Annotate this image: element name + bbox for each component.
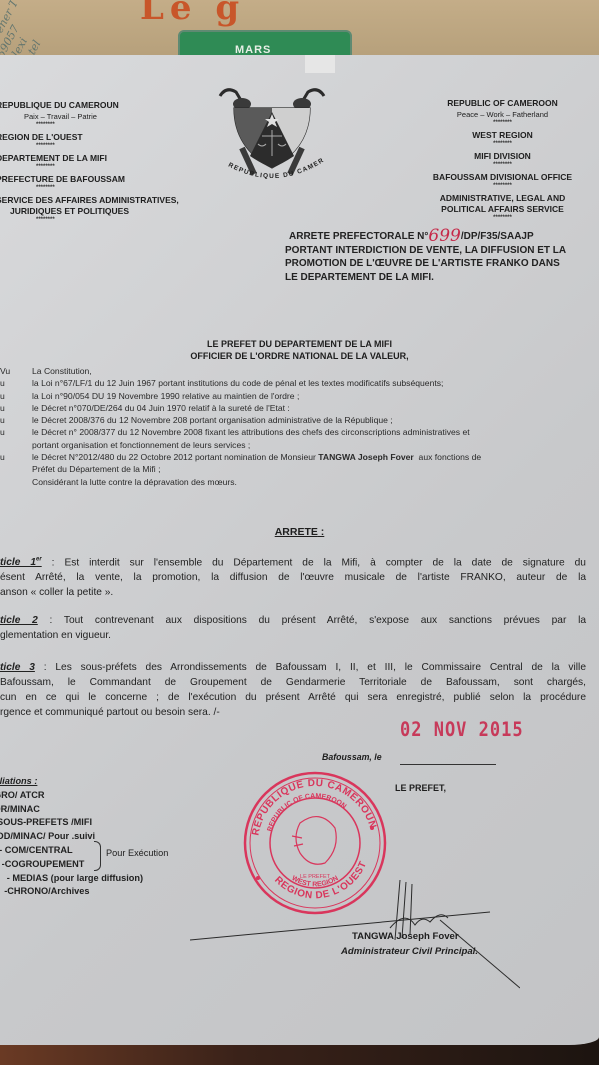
article-line: ticle 3 : Les sous-préfets des Arrondiss… xyxy=(0,660,586,675)
article-text: : Est interdit sur l'ensemble du Départe… xyxy=(42,557,586,568)
separator: ******** xyxy=(430,215,575,221)
vu-text: la Loi n°67/LF/1 du 12 Juin 1967 portant… xyxy=(32,377,443,389)
header-line: BAFOUSSAM DIVISIONAL OFFICE xyxy=(430,172,575,183)
article-text: : Les sous-préfets des Arrondissements d… xyxy=(35,662,586,673)
header-left-republic: REPUBLIQUE DU CAMEROUN Paix – Travail – … xyxy=(0,100,179,128)
list-item: -SOUS-PREFETS /MIFI xyxy=(0,816,143,830)
brace-icon xyxy=(94,841,101,871)
vu-text: portant organisation et fonctionnement d… xyxy=(32,439,250,451)
place-label: Bafoussam, le xyxy=(322,752,382,762)
prefet-title-line: OFFICIER DE L'ORDRE NATIONAL DE LA VALEU… xyxy=(0,350,599,362)
header-line: REPUBLIQUE DU CAMEROUN xyxy=(0,100,179,111)
list-item: -CHRONO/Archives xyxy=(0,885,143,899)
vu-text: Considérant la lutte contre la dépravati… xyxy=(32,476,237,488)
header-line: JURIDIQUES ET POLITIQUES xyxy=(0,206,179,217)
decree-subject-line: PROMOTION DE L'ŒUVRE DE L'ARTISTE FRANKO… xyxy=(285,257,566,271)
separator: ******** xyxy=(430,120,575,126)
header-right-office: BAFOUSSAM DIVISIONAL OFFICE ******** xyxy=(430,172,575,189)
separator: ******** xyxy=(430,162,575,168)
header-line: POLITICAL AFFAIRS SERVICE xyxy=(430,204,575,215)
article-label: ticle 1er xyxy=(0,557,42,568)
vu-prefix: Vu xyxy=(0,365,14,377)
header-line: ADMINISTRATIVE, LEGAL AND xyxy=(430,193,575,204)
vu-text: la Loi n°90/054 DU 19 Novembre 1990 rela… xyxy=(32,390,299,402)
article-line: Bafoussam, le Commandant de Groupement d… xyxy=(0,675,586,690)
decree-suffix: /DP/F35/SAAJP xyxy=(461,231,534,242)
article-label: ticle 3 xyxy=(0,662,35,673)
arrete-heading-text: ARRETE xyxy=(275,526,318,538)
separator: ******** xyxy=(0,185,179,191)
prefet-title: LE PREFET DU DEPARTEMENT DE LA MIFI OFFI… xyxy=(0,338,599,362)
decree-title: ARRETE PREFECTORALE N°699/DP/F35/SAAJP P… xyxy=(285,228,566,284)
article-3: ticle 3 : Les sous-préfets des Arrondiss… xyxy=(0,660,586,720)
paper-tab xyxy=(305,55,335,73)
vu-text: le Décret 2008/376 du 12 Novembre 208 po… xyxy=(32,414,393,426)
vu-text: le Décret n° 2008/377 du 12 Novembre 200… xyxy=(32,426,470,438)
header-left-service: SERVICE DES AFFAIRES ADMINISTRATIVES, JU… xyxy=(0,195,179,223)
header-right-service: ADMINISTRATIVE, LEGAL AND POLITICAL AFFA… xyxy=(430,193,575,221)
header-right-republic: REPUBLIC OF CAMEROON Peace – Work – Fath… xyxy=(430,98,575,126)
header-right: REPUBLIC OF CAMEROON Peace – Work – Fath… xyxy=(430,98,575,225)
le-prefet-label: LE PREFET, xyxy=(395,783,446,793)
article-line: anson « coller la petite ». xyxy=(0,585,586,600)
motto: Peace – Work – Fatherland xyxy=(430,109,575,120)
ampliations-heading: pliations : xyxy=(0,775,143,789)
vu-text-part: aux fonctions de xyxy=(414,452,481,462)
article-2: ticle 2 : Tout contrevenant aux disposit… xyxy=(0,613,586,643)
header-left: REPUBLIQUE DU CAMEROUN Paix – Travail – … xyxy=(0,100,179,227)
decree-prefix: ARRETE PREFECTORALE N° xyxy=(289,231,428,242)
arrete-heading: ARRETE : xyxy=(0,526,599,538)
separator: ******** xyxy=(0,164,179,170)
vu-text: La Constitution, xyxy=(32,365,92,377)
background-logo: Le g xyxy=(140,0,245,28)
article-1: ticle 1er : Est interdit sur l'ensemble … xyxy=(0,553,586,600)
vu-text: le Décret N°2012/480 du 22 Octobre 2012 … xyxy=(32,451,481,463)
separator: ******** xyxy=(430,183,575,189)
article-text: : Tout contrevenant aux dispositions du … xyxy=(38,615,586,626)
header-left-prefecture: PREFECTURE DE BAFOUSSAM ******** xyxy=(0,174,179,191)
header-line: DEPARTEMENT DE LA MIFI xyxy=(0,153,179,164)
header-left-region: REGION DE L'OUEST ******** xyxy=(0,132,179,149)
date-stamp: 02 NOV 2015 xyxy=(400,719,524,742)
brace-label: Pour Exécution xyxy=(106,848,168,858)
handwritten-scribble: G Gener T 59057 Alexi no tel xyxy=(0,0,76,62)
article-line: glementation en vigueur. xyxy=(0,628,586,643)
list-item: - MEDIAS (pour large diffusion) xyxy=(0,872,143,886)
vu-prefix: u xyxy=(0,426,14,438)
list-item: -DD/MINAC/ Pour .suivi xyxy=(0,830,143,844)
decree-number: 699 xyxy=(428,230,460,244)
arrete-colon: : xyxy=(318,526,324,538)
date-underline xyxy=(400,764,496,765)
vu-text: Préfet du Département de la Mifi ; xyxy=(32,463,161,475)
motto: Paix – Travail – Patrie xyxy=(0,111,179,122)
list-item: GRO/ ATCR xyxy=(0,789,143,803)
separator: ******** xyxy=(0,143,179,149)
vu-prefix: u xyxy=(0,377,14,389)
header-left-department: DEPARTEMENT DE LA MIFI ******** xyxy=(0,153,179,170)
prefet-title-line: LE PREFET DU DEPARTEMENT DE LA MIFI xyxy=(0,338,599,350)
vu-text: le Décret n°070/DE/264 du 04 Juin 1970 r… xyxy=(32,402,290,414)
article-label-text: ticle 1 xyxy=(0,557,36,568)
list-item: DR/MINAC xyxy=(0,803,143,817)
header-line: WEST REGION xyxy=(430,130,575,141)
article-line: cun en ce qui le concerne ; de l'exécuti… xyxy=(0,690,586,705)
list-item: -COGROUPEMENT xyxy=(0,858,143,872)
article-line: ésent Arrêté, la vente, la promotion, la… xyxy=(0,570,586,585)
prefet-name: TANGWA Joseph Fover xyxy=(318,452,414,462)
signatory-title: Administrateur Civil Principal. xyxy=(341,946,478,957)
article-label: ticle 2 xyxy=(0,615,38,626)
decree-reference: ARRETE PREFECTORALE N°699/DP/F35/SAAJP xyxy=(285,228,566,244)
decree-subject-line: PORTANT INTERDICTION DE VENTE, LA DIFFUS… xyxy=(285,244,566,258)
separator: ******** xyxy=(0,122,179,128)
vu-prefix: u xyxy=(0,402,14,414)
article-line: ticle 1er : Est interdit sur l'ensemble … xyxy=(0,553,586,570)
header-right-region: WEST REGION ******** xyxy=(430,130,575,147)
decree-subject-line: LE DEPARTEMENT DE LA MIFI. xyxy=(285,271,566,285)
vu-prefix: u xyxy=(0,451,14,463)
header-line: MIFI DIVISION xyxy=(430,151,575,162)
header-right-division: MIFI DIVISION ******** xyxy=(430,151,575,168)
header-line: SERVICE DES AFFAIRES ADMINISTRATIVES, xyxy=(0,195,179,206)
separator: ******** xyxy=(430,141,575,147)
background-surface: G Gener T 59057 Alexi no tel Le g MARS xyxy=(0,0,599,62)
vu-text-part: le Décret N°2012/480 du 22 Octobre 2012 … xyxy=(32,452,318,462)
signatory-name: TANGWA Joseph Fover xyxy=(352,931,459,942)
vu-prefix: u xyxy=(0,390,14,402)
separator: ******** xyxy=(0,217,179,223)
article-line: ticle 2 : Tout contrevenant aux disposit… xyxy=(0,613,586,628)
header-line: REPUBLIC OF CAMEROON xyxy=(430,98,575,109)
coat-of-arms-icon: REPUBLIQUE DU CAMEROUN xyxy=(212,78,332,188)
vu-prefix: u xyxy=(0,414,14,426)
ampliations-list: pliations : GRO/ ATCR DR/MINAC -SOUS-PRE… xyxy=(0,775,143,899)
header-line: PREFECTURE DE BAFOUSSAM xyxy=(0,174,179,185)
header-line: REGION DE L'OUEST xyxy=(0,132,179,143)
